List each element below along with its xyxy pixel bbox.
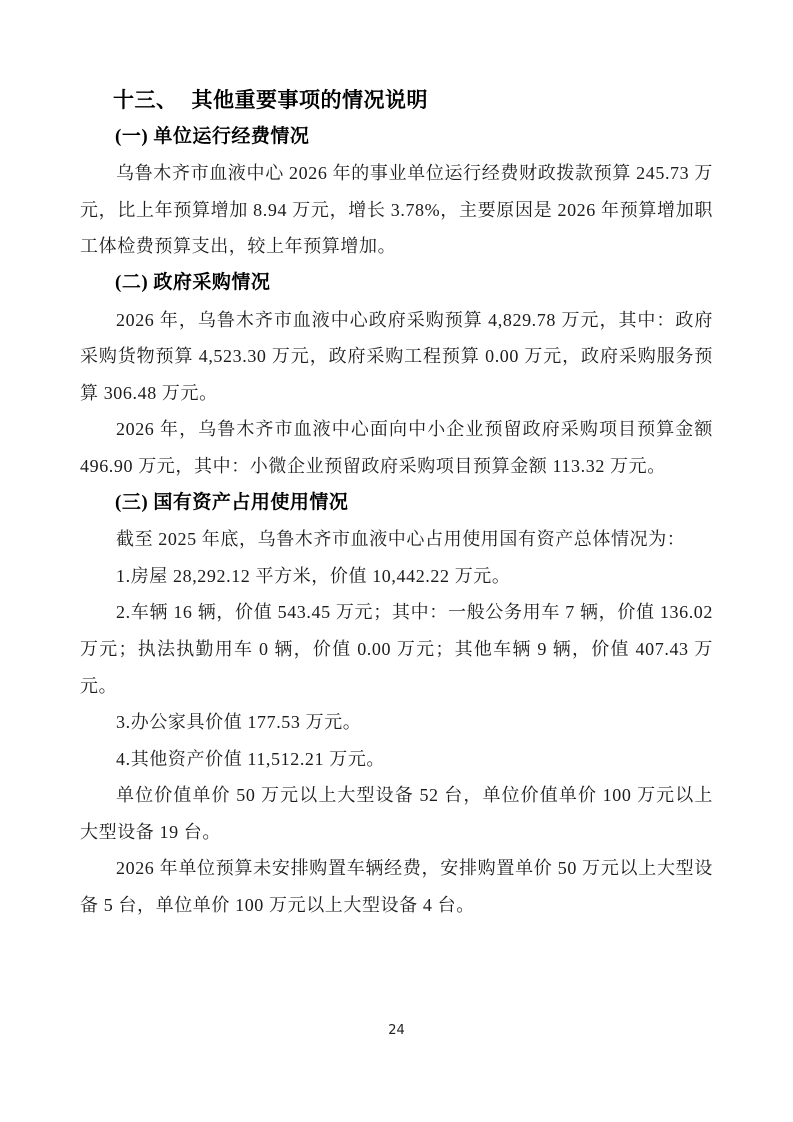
paragraph-assets-large-equipment: 单位价值单价 50 万元以上大型设备 52 台，单位价值单价 100 万元以上大…: [80, 777, 713, 850]
subsection-heading-government-procurement: (二) 政府采购情况: [80, 265, 713, 302]
paragraph-assets-furniture: 3.办公家具价值 177.53 万元。: [80, 704, 713, 741]
subsection-heading-state-assets: (三) 国有资产占用使用情况: [80, 485, 713, 522]
paragraph-operating-funds: 乌鲁木齐市血液中心 2026 年的事业单位运行经费财政拨款预算 245.73 万…: [80, 155, 713, 265]
section-number: 十三、: [113, 88, 178, 112]
paragraph-assets-overview: 截至 2025 年底，乌鲁木齐市血液中心占用使用国有资产总体情况为：: [80, 521, 713, 558]
subsection-heading-unit-operating-funds: (一) 单位运行经费情况: [80, 119, 713, 156]
paragraph-assets-other: 4.其他资产价值 11,512.21 万元。: [80, 741, 713, 778]
document-page: 十三、其他重要事项的情况说明 (一) 单位运行经费情况 乌鲁木齐市血液中心 20…: [0, 0, 793, 1122]
section-title: 其他重要事项的情况说明: [192, 88, 429, 112]
section-heading: 十三、其他重要事项的情况说明: [80, 82, 713, 119]
paragraph-assets-housing: 1.房屋 28,292.12 平方米，价值 10,442.22 万元。: [80, 558, 713, 595]
page-number: 24: [0, 1022, 793, 1040]
paragraph-assets-vehicles: 2.车辆 16 辆，价值 543.45 万元；其中：一般公务用车 7 辆，价值 …: [80, 594, 713, 704]
paragraph-procurement-sme-reserve: 2026 年，乌鲁木齐市血液中心面向中小企业预留政府采购项目预算金额 496.9…: [80, 411, 713, 484]
paragraph-planned-purchases: 2026 年单位预算未安排购置车辆经费，安排购置单价 50 万元以上大型设备 5…: [80, 850, 713, 923]
paragraph-procurement-budget: 2026 年，乌鲁木齐市血液中心政府采购预算 4,829.78 万元，其中：政府…: [80, 302, 713, 412]
document-body: 十三、其他重要事项的情况说明 (一) 单位运行经费情况 乌鲁木齐市血液中心 20…: [80, 82, 713, 924]
